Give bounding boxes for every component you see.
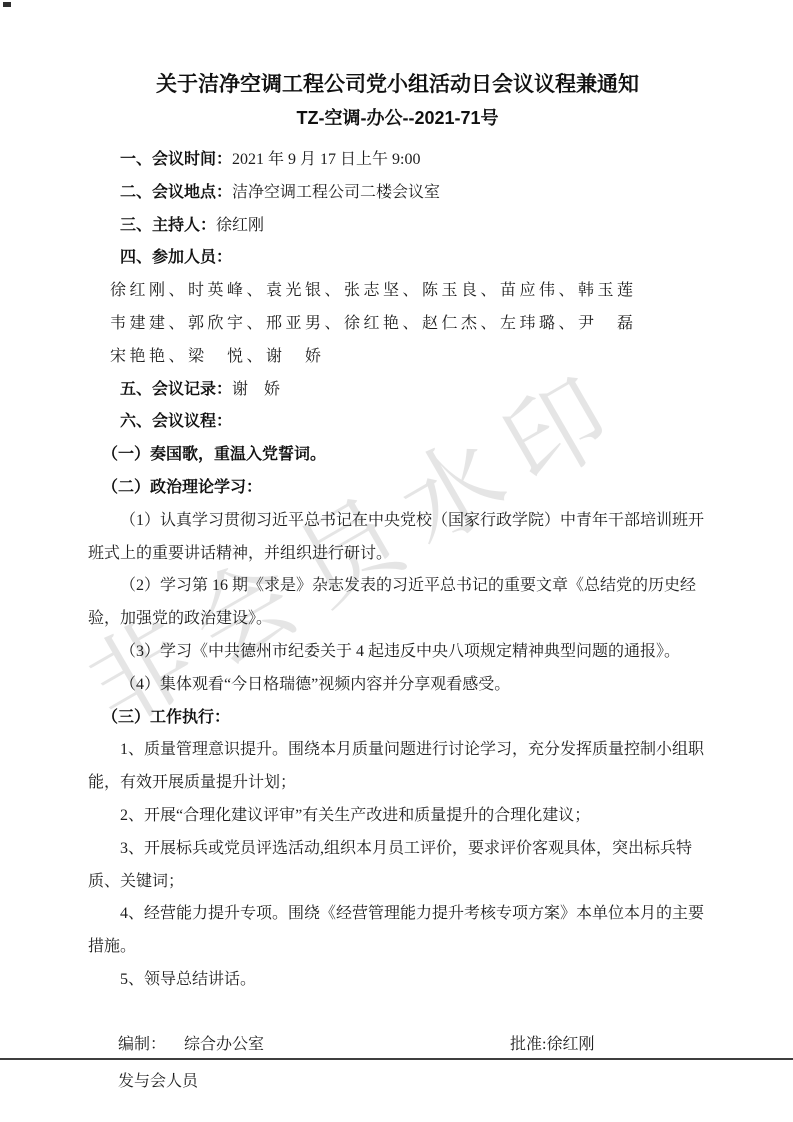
agenda-item: 1、质量管理意识提升。围绕本月质量问题进行讨论学习，充分发挥质量控制小组职能，有… [88,734,707,800]
recorder-value: 谢 娇 [232,381,280,398]
prepared-by-label: 编制： [118,1036,166,1053]
agenda-item: （4）集体观看“今日格瑞德”视频内容并分享观看感受。 [88,669,707,702]
meeting-time-value: 2021 年 9 月 17 日上午 9:00 [232,151,420,168]
agenda-item: 4、经营能力提升专项。围绕《经营管理能力提升考核专项方案》本单位本月的主要措施。 [88,898,707,964]
agenda-item: 5、领导总结讲话。 [88,964,707,997]
meeting-place-line: 二、会议地点：洁净空调工程公司二楼会议室 [88,177,707,210]
doc-number: TZ-空调-办公--2021-71号 [88,100,707,136]
approved-by-label: 批准: [510,1036,546,1053]
host-line: 三、主持人：徐红刚 [88,210,707,243]
document-body: 关于洁净空调工程公司党小组活动日会议议程兼通知 TZ-空调-办公--2021-7… [88,70,707,997]
footer-divider [0,1058,793,1060]
meeting-place-label: 二、会议地点： [120,184,232,201]
agenda-item: （2）学习第 16 期《求是》杂志发表的习近平总书记的重要文章《总结党的历史经验… [88,570,707,636]
distribution-line: 发与会人员 [118,1068,198,1091]
agenda-item: 2、开展“合理化建议评审”有关生产改进和质量提升的合理化建议； [88,800,707,833]
prepared-by-line: 编制：综合办公室 [118,1031,264,1054]
recorder-label: 五、会议记录： [120,381,232,398]
agenda-label: 六、会议议程： [120,413,232,430]
agenda-item: （3）学习《中共德州市纪委关于 4 起违反中央八项规定精神典型问题的通报》。 [88,636,707,669]
recorder-line: 五、会议记录：谢 娇 [88,374,707,407]
host-value: 徐红刚 [216,217,264,234]
page-title: 关于洁净空调工程公司党小组活动日会议议程兼通知 [88,70,707,100]
document-page: 非会员水印 关于洁净空调工程公司党小组活动日会议议程兼通知 TZ-空调-办公--… [0,0,793,1122]
participants-row-3: 宋艳艳、梁 悦、谢 娇 [88,341,707,374]
approved-by-value: 徐红刚 [546,1036,594,1053]
host-label: 三、主持人： [120,217,216,234]
scan-corner-artifact [3,2,11,7]
participants-heading-line: 四、参加人员： [88,242,707,275]
participants-label: 四、参加人员： [120,249,232,266]
agenda-item: 3、开展标兵或党员评选活动,组织本月员工评价，要求评价客观具体，突出标兵特质、关… [88,833,707,899]
prepared-by-value: 综合办公室 [184,1036,264,1053]
agenda-item: （1）认真学习贯彻习近平总书记在中央党校（国家行政学院）中青年干部培训班开班式上… [88,505,707,571]
agenda-section-2-heading: （二）政治理论学习： [88,472,707,505]
agenda-section-1-heading: （一）奏国歌，重温入党誓词。 [88,439,707,472]
participants-row-1: 徐红刚、时英峰、袁光银、张志坚、陈玉良、苗应伟、韩玉莲 [88,275,707,308]
participants-row-2: 韦建建、郭欣宇、邢亚男、徐红艳、赵仁杰、左玮璐、尹 磊 [88,308,707,341]
approved-by-line: 批准:徐红刚 [510,1031,594,1054]
meeting-time-line: 一、会议时间：2021 年 9 月 17 日上午 9:00 [88,144,707,177]
meeting-place-value: 洁净空调工程公司二楼会议室 [232,184,440,201]
agenda-section-3-heading: （三）工作执行： [88,702,707,735]
agenda-heading-line: 六、会议议程： [88,406,707,439]
meeting-time-label: 一、会议时间： [120,151,232,168]
